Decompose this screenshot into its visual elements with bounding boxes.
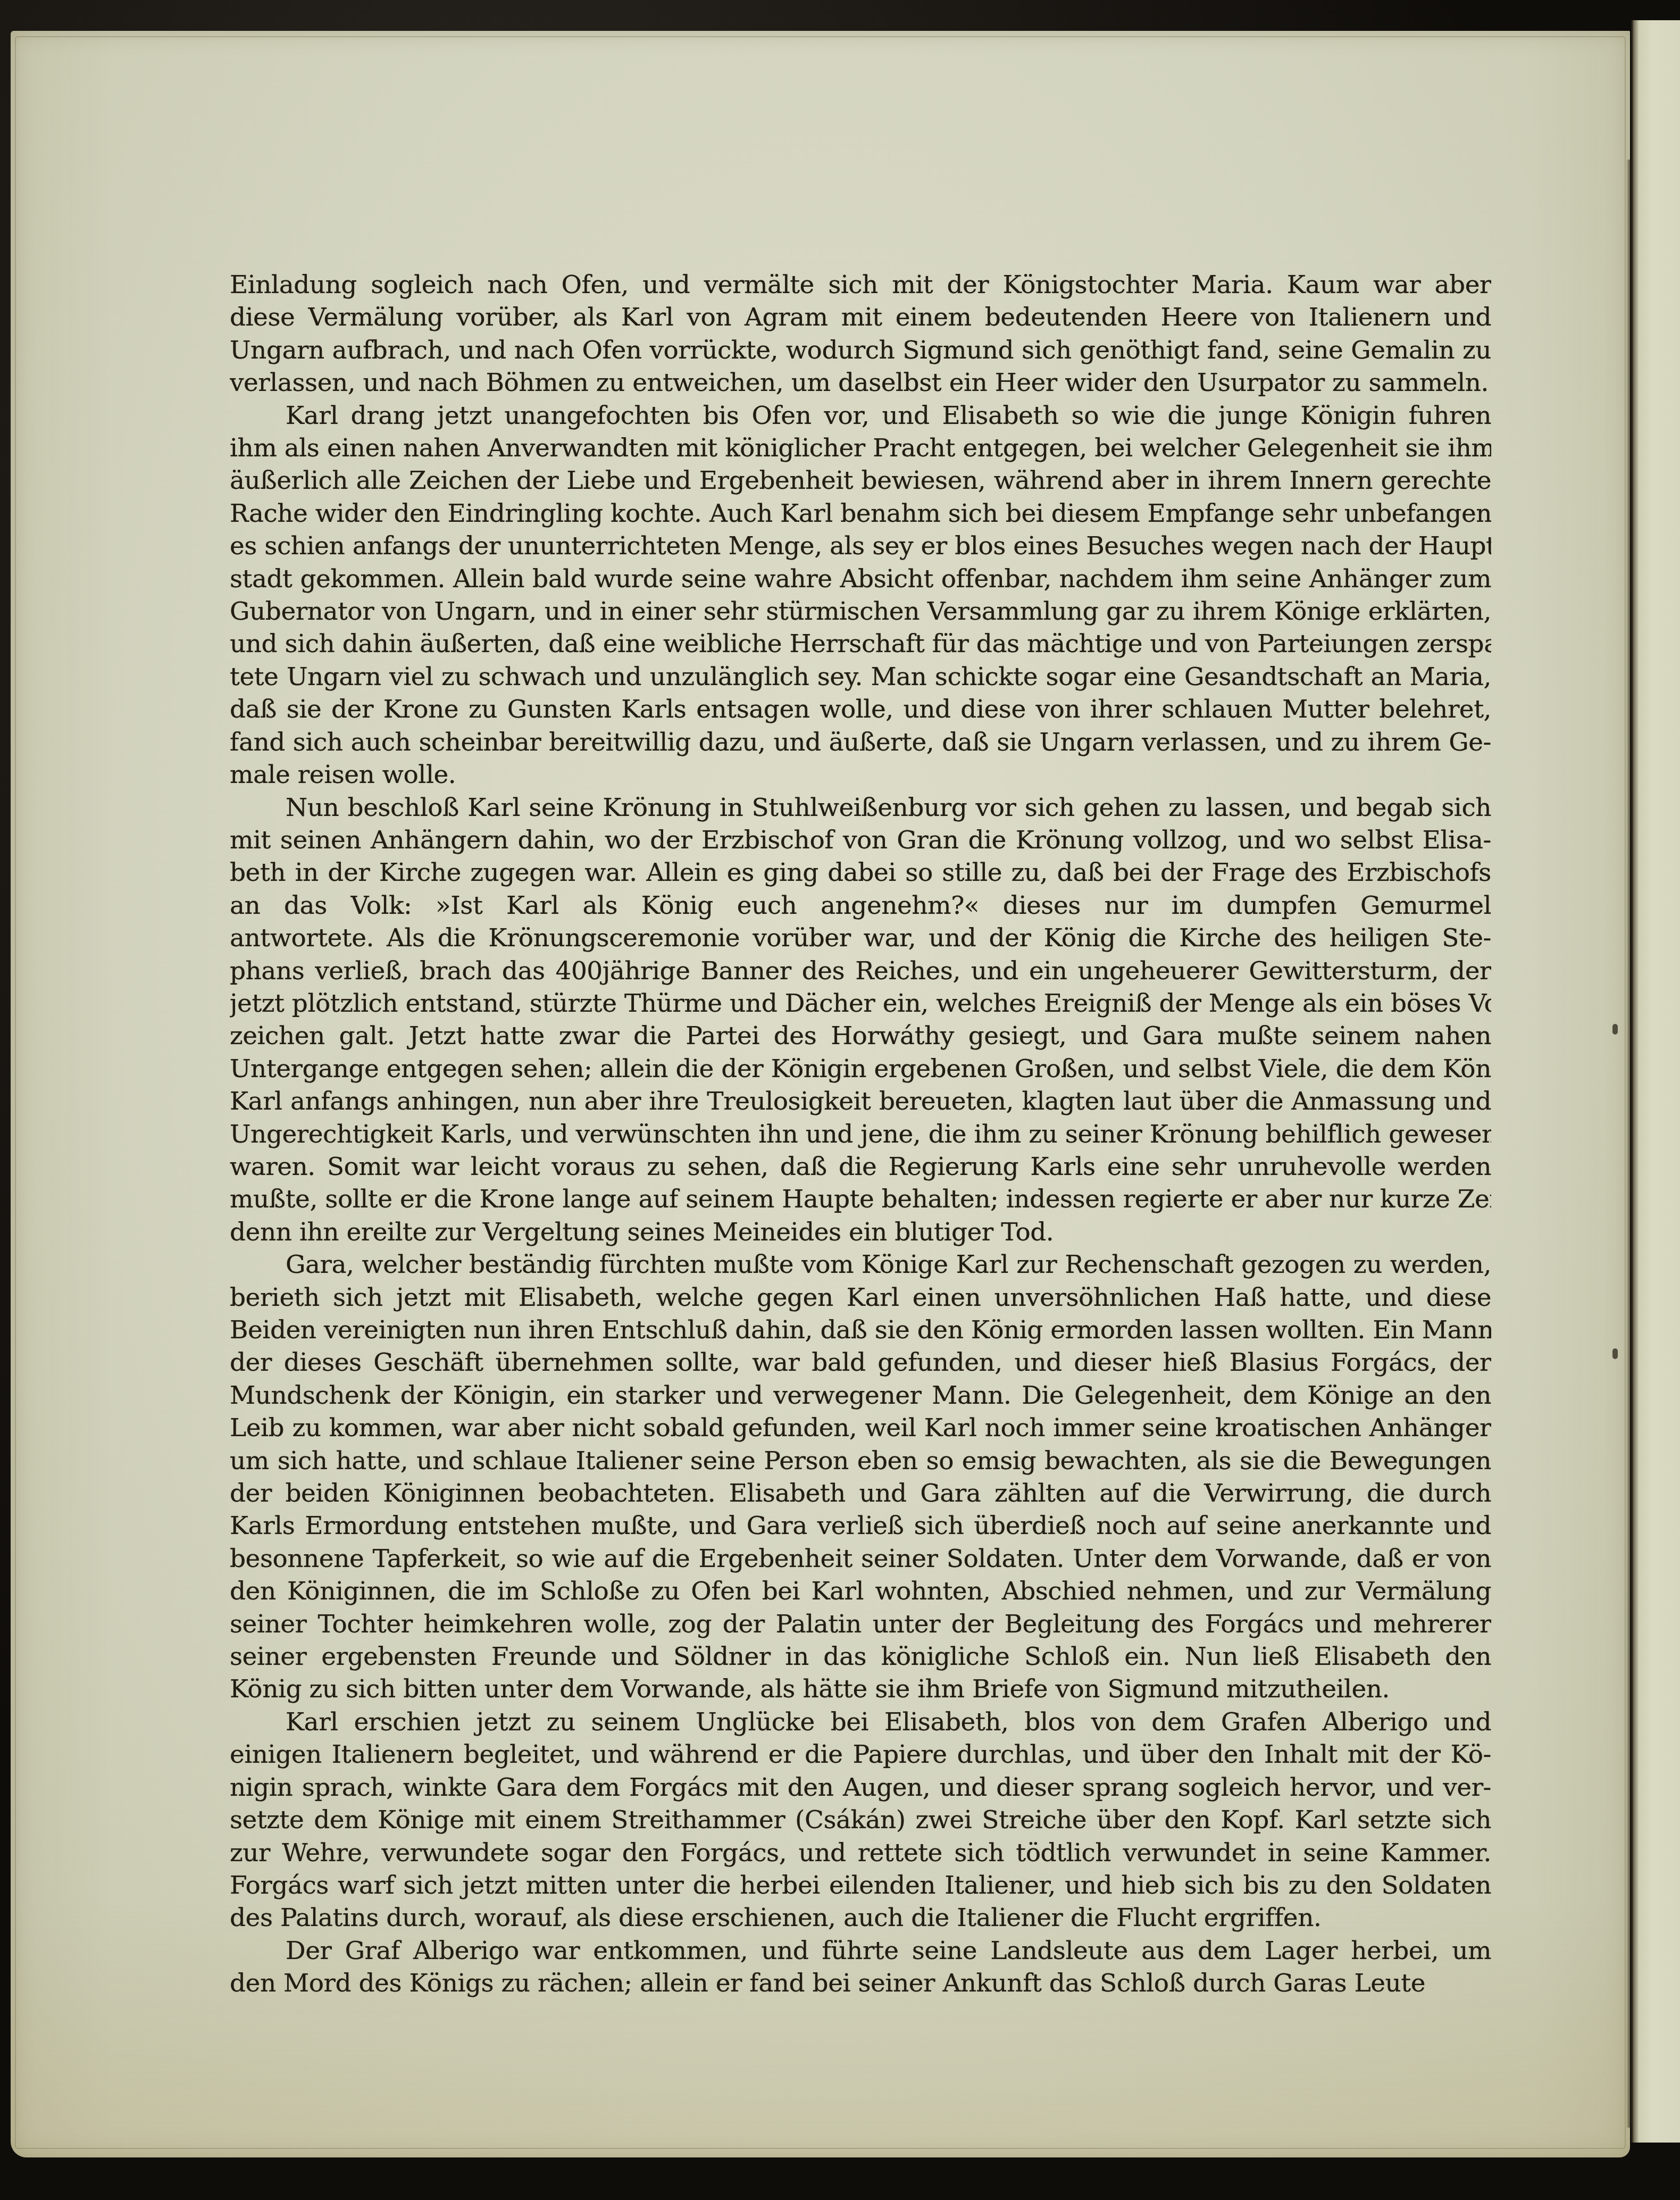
text-line: und sich dahin äußerten, daß eine weibli… [230,628,1491,660]
text-line: Leib zu kommen, war aber nicht sobald ge… [230,1412,1491,1444]
paragraph: Karl drang jetzt unangefochten bis Ofen … [230,399,1491,791]
text-line: des Palatins durch, worauf, als diese er… [230,1902,1491,1934]
text-line: setzte dem Könige mit einem Streithammer… [230,1804,1491,1836]
paragraph: Der Graf Alberigo war entkommen, und füh… [230,1935,1491,2000]
text-line: jetzt plötzlich entstand, stürzte Thürme… [230,987,1491,1020]
text-line: Der Graf Alberigo war entkommen, und füh… [230,1935,1491,1967]
text-line: male reisen wolle. [230,759,1491,791]
text-line: zeichen galt. Jetzt hatte zwar die Parte… [230,1020,1491,1052]
text-line: Ungarn aufbrach, und nach Ofen vorrückte… [230,334,1491,366]
paragraph: Einladung sogleich nach Ofen, und vermäl… [230,269,1491,399]
adjacent-page-edge [1632,20,1680,2143]
text-line: stadt gekommen. Allein bald wurde seine … [230,563,1491,595]
text-line: Karl anfangs anhingen, nun aber ihre Tre… [230,1085,1491,1118]
body-text: Einladung sogleich nach Ofen, und vermäl… [230,269,1491,2000]
text-line: diese Vermälung vorüber, als Karl von Ag… [230,301,1491,334]
text-line: König zu sich bitten unter dem Vorwande,… [230,1673,1491,1705]
text-line: denn ihn ereilte zur Vergeltung seines M… [230,1216,1491,1248]
margin-ink-mark [1612,1024,1618,1035]
paragraph: Gara, welcher beständig fürchten mußte v… [230,1248,1491,1706]
text-line: Karl erschien jetzt zu seinem Unglücke b… [230,1706,1491,1738]
text-line: es schien anfangs der ununterrichteten M… [230,530,1491,562]
text-line: daß sie der Krone zu Gunsten Karls entsa… [230,693,1491,726]
text-line: Nun beschloß Karl seine Krönung in Stuhl… [230,791,1491,824]
text-line: um sich hatte, und schlaue Italiener sei… [230,1445,1491,1477]
text-line: nigin sprach, winkte Gara dem Forgács mi… [230,1771,1491,1804]
text-line: beth in der Kirche zugegen war. Allein e… [230,856,1491,889]
text-line: Beiden vereinigten nun ihren Entschluß d… [230,1314,1491,1346]
text-line: Forgács warf sich jetzt mitten unter die… [230,1869,1491,1902]
text-line: verlassen, und nach Böhmen zu entweichen… [230,366,1491,399]
text-line: fand sich auch scheinbar bereitwillig da… [230,726,1491,759]
text-line: Gara, welcher beständig fürchten mußte v… [230,1248,1491,1281]
text-line: Karls Ermordung entstehen mußte, und Gar… [230,1510,1491,1542]
text-line: mit seinen Anhängern dahin, wo der Erzbi… [230,824,1491,856]
text-line: Rache wider den Eindringling kochte. Auc… [230,497,1491,530]
text-line: Ungerechtigkeit Karls, und verwünschten … [230,1118,1491,1151]
text-line: antwortete. Als die Krönungsceremonie vo… [230,922,1491,954]
text-line: Einladung sogleich nach Ofen, und vermäl… [230,269,1491,301]
text-line: an das Volk: »Ist Karl als König euch an… [230,889,1491,922]
gutter-shadow [1626,160,1632,2128]
text-line: besonnene Tapferkeit, so wie auf die Erg… [230,1543,1491,1575]
text-line: tete Ungarn viel zu schwach und unzuläng… [230,661,1491,693]
text-line: der dieses Geschäft übernehmen sollte, w… [230,1346,1491,1379]
text-line: mußte, sollte er die Krone lange auf sei… [230,1183,1491,1215]
text-line: berieth sich jetzt mit Elisabeth, welche… [230,1281,1491,1314]
text-line: Karl drang jetzt unangefochten bis Ofen … [230,399,1491,432]
paragraph: Nun beschloß Karl seine Krönung in Stuhl… [230,791,1491,1249]
text-line: Untergange entgegen sehen; allein die de… [230,1053,1491,1085]
text-line: Mundschenk der Königin, ein starker und … [230,1379,1491,1412]
text-line: ihm als einen nahen Anverwandten mit kön… [230,432,1491,464]
margin-ink-mark [1612,1348,1618,1359]
text-line: waren. Somit war leicht voraus zu sehen,… [230,1151,1491,1183]
text-line: äußerlich alle Zeichen der Liebe und Erg… [230,464,1491,497]
text-line: einigen Italienern begleitet, und währen… [230,1738,1491,1771]
text-line: seiner ergebensten Freunde und Söldner i… [230,1640,1491,1673]
text-line: den Königinnen, die im Schloße zu Ofen b… [230,1575,1491,1607]
text-line: zur Wehre, verwundete sogar den Forgács,… [230,1837,1491,1869]
text-line: Gubernator von Ungarn, und in einer sehr… [230,595,1491,628]
text-line: den Mord des Königs zu rächen; allein er… [230,1967,1491,1999]
paragraph: Karl erschien jetzt zu seinem Unglücke b… [230,1706,1491,1935]
text-line: der beiden Königinnen beobachteten. Elis… [230,1477,1491,1510]
text-line: seiner Tochter heimkehren wolle, zog der… [230,1608,1491,1640]
text-line: phans verließ, brach das 400jährige Bann… [230,955,1491,987]
